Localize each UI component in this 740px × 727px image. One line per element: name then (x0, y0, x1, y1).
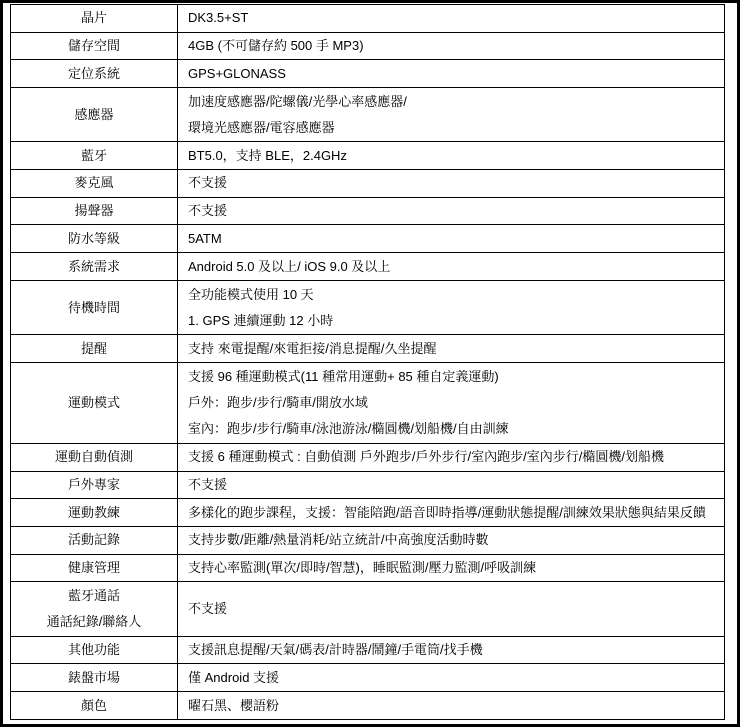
table-row: 藍牙通話 通話紀錄/聯絡人 不支援 (11, 582, 725, 636)
table-row: 防水等級 5ATM (11, 225, 725, 253)
spec-label: 感應器 (11, 88, 178, 142)
spec-value: 加速度感應器/陀螺儀/光學心率感應器/ 環境光感應器/電容感應器 (178, 88, 725, 142)
spec-label: 待機時間 (11, 280, 178, 334)
spec-value: 僅 Android 支援 (178, 664, 725, 692)
spec-value: 支援訊息提醒/天氣/碼表/計時器/鬧鐘/手電筒/找手機 (178, 636, 725, 664)
spec-value: 支持心率監測(單次/即時/智慧)，睡眠監測/壓力監測/呼吸訓練 (178, 554, 725, 582)
table-row: 感應器 加速度感應器/陀螺儀/光學心率感應器/ 環境光感應器/電容感應器 (11, 88, 725, 142)
spec-value: 支持步數/距離/熱量消耗/站立統計/中高強度活動時數 (178, 527, 725, 555)
table-row: 健康管理 支持心率監測(單次/即時/智慧)，睡眠監測/壓力監測/呼吸訓練 (11, 554, 725, 582)
table-row: 活動記錄 支持步數/距離/熱量消耗/站立統計/中高強度活動時數 (11, 527, 725, 555)
spec-value: 支援 96 種運動模式(11 種常用運動+ 85 種自定義運動) 戶外：跑步/步… (178, 362, 725, 443)
spec-value: DK3.5+ST (178, 5, 725, 33)
spec-label: 運動教練 (11, 499, 178, 527)
spec-table-body: 晶片 DK3.5+ST 儲存空間 4GB (不可儲存約 500 手 MP3) 定… (11, 5, 725, 720)
spec-label: 錶盤市場 (11, 664, 178, 692)
spec-value: GPS+GLONASS (178, 60, 725, 88)
spec-value: 不支援 (178, 197, 725, 225)
spec-value: 曜石黑、櫻語粉 (178, 692, 725, 720)
spec-label: 系統需求 (11, 253, 178, 281)
spec-label: 其他功能 (11, 636, 178, 664)
table-row: 戶外專家 不支援 (11, 471, 725, 499)
table-row: 提醒 支持 來電提醒/來電拒接/消息提醒/久坐提醒 (11, 335, 725, 363)
spec-value: Android 5.0 及以上/ iOS 9.0 及以上 (178, 253, 725, 281)
spec-label: 提醒 (11, 335, 178, 363)
spec-label: 運動模式 (11, 362, 178, 443)
table-row: 晶片 DK3.5+ST (11, 5, 725, 33)
spec-label: 麥克風 (11, 170, 178, 198)
spec-value: 4GB (不可儲存約 500 手 MP3) (178, 32, 725, 60)
table-row: 運動自動偵測 支援 6 種運動模式 : 自動偵測 戶外跑步/戶外步行/室內跑步/… (11, 443, 725, 471)
table-row: 運動教練 多樣化的跑步課程，支援：智能陪跑/語音即時指導/運動狀態提醒/訓練效果… (11, 499, 725, 527)
spec-value: 不支援 (178, 582, 725, 636)
spec-label: 活動記錄 (11, 527, 178, 555)
spec-label: 運動自動偵測 (11, 443, 178, 471)
table-row: 儲存空間 4GB (不可儲存約 500 手 MP3) (11, 32, 725, 60)
table-row: 藍牙 BT5.0，支持 BLE，2.4GHz (11, 142, 725, 170)
spec-label: 儲存空間 (11, 32, 178, 60)
table-row: 其他功能 支援訊息提醒/天氣/碼表/計時器/鬧鐘/手電筒/找手機 (11, 636, 725, 664)
spec-table: 晶片 DK3.5+ST 儲存空間 4GB (不可儲存約 500 手 MP3) 定… (10, 4, 725, 720)
table-row: 錶盤市場 僅 Android 支援 (11, 664, 725, 692)
spec-label: 揚聲器 (11, 197, 178, 225)
spec-label: 戶外專家 (11, 471, 178, 499)
spec-label: 晶片 (11, 5, 178, 33)
table-row: 揚聲器 不支援 (11, 197, 725, 225)
table-row: 定位系統 GPS+GLONASS (11, 60, 725, 88)
spec-value: 全功能模式使用 10 天 1. GPS 連續運動 12 小時 (178, 280, 725, 334)
spec-value: 不支援 (178, 170, 725, 198)
spec-label: 藍牙 (11, 142, 178, 170)
spec-value: BT5.0，支持 BLE，2.4GHz (178, 142, 725, 170)
spec-label: 防水等級 (11, 225, 178, 253)
spec-value: 支持 來電提醒/來電拒接/消息提醒/久坐提醒 (178, 335, 725, 363)
spec-value: 支援 6 種運動模式 : 自動偵測 戶外跑步/戶外步行/室內跑步/室內步行/橢圓… (178, 443, 725, 471)
table-row: 系統需求 Android 5.0 及以上/ iOS 9.0 及以上 (11, 253, 725, 281)
spec-value: 5ATM (178, 225, 725, 253)
spec-label: 健康管理 (11, 554, 178, 582)
spec-label: 定位系統 (11, 60, 178, 88)
table-row: 麥克風 不支援 (11, 170, 725, 198)
spec-label: 藍牙通話 通話紀錄/聯絡人 (11, 582, 178, 636)
page-frame: 晶片 DK3.5+ST 儲存空間 4GB (不可儲存約 500 手 MP3) 定… (0, 0, 740, 727)
table-row: 顏色 曜石黑、櫻語粉 (11, 692, 725, 720)
spec-label: 顏色 (11, 692, 178, 720)
table-row: 待機時間 全功能模式使用 10 天 1. GPS 連續運動 12 小時 (11, 280, 725, 334)
table-row: 運動模式 支援 96 種運動模式(11 種常用運動+ 85 種自定義運動) 戶外… (11, 362, 725, 443)
spec-value: 多樣化的跑步課程，支援：智能陪跑/語音即時指導/運動狀態提醒/訓練效果狀態與結果… (178, 499, 725, 527)
spec-value: 不支援 (178, 471, 725, 499)
